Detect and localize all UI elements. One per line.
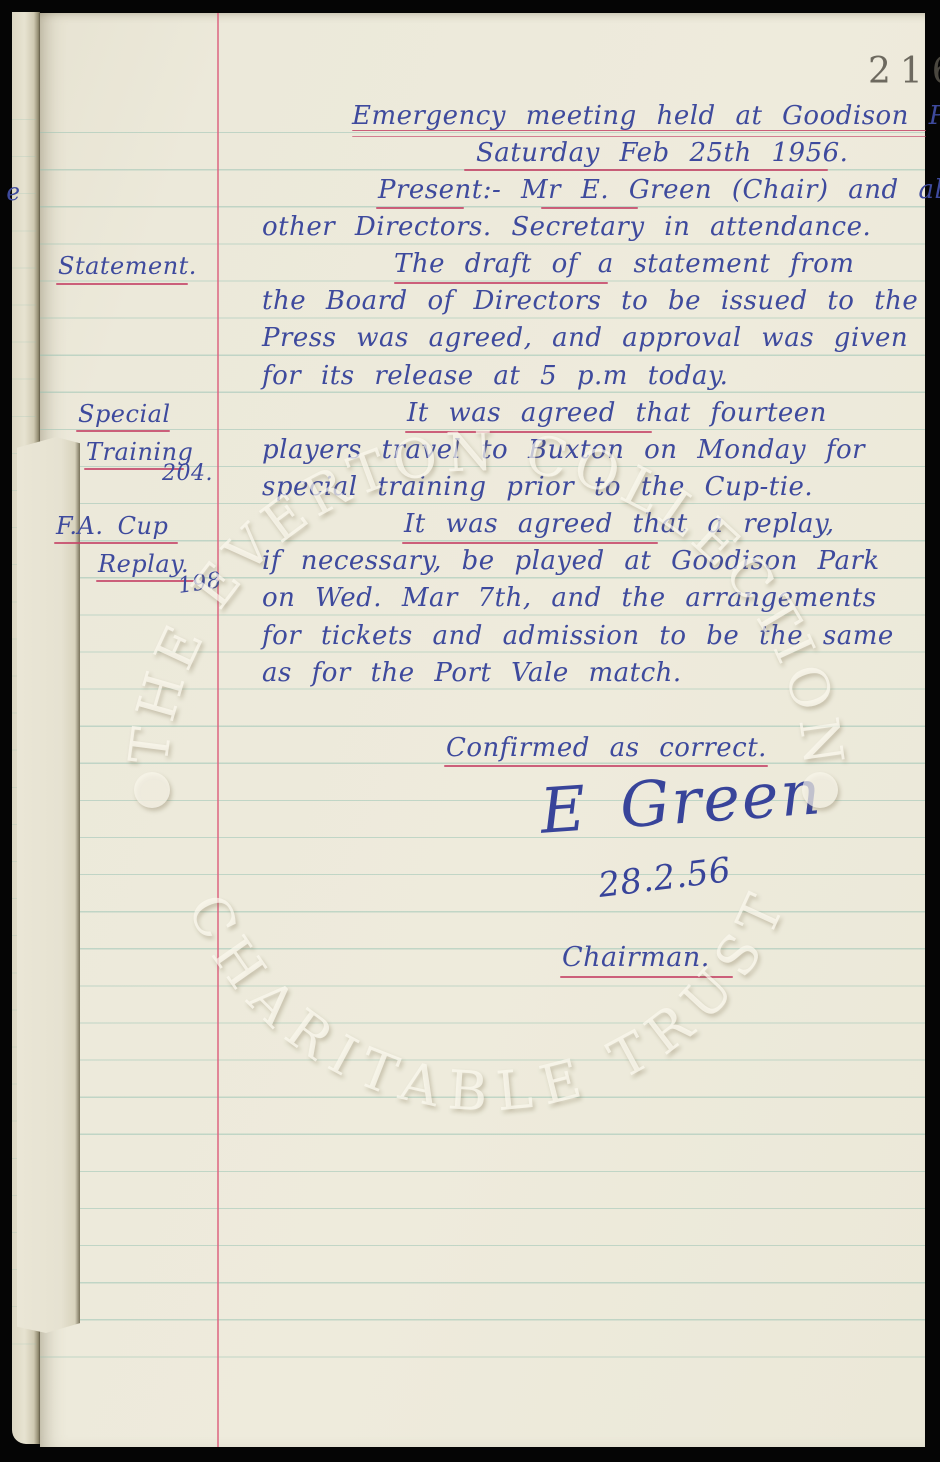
red-underline <box>405 431 652 433</box>
margin-note: Statement. <box>58 252 197 280</box>
heading-line-4: other Directors. Secretary in attendance… <box>262 212 871 242</box>
red-underline <box>560 976 733 978</box>
red-underline <box>376 207 464 209</box>
inserted-card-edge <box>17 437 80 1333</box>
minute-line: if necessary, be played at Goodison Park <box>262 546 880 576</box>
minute-book-scan: e 216 Emergency meeting held at Goodison… <box>0 0 940 1462</box>
heading-line-1: Emergency meeting held at Goodison Park. <box>352 101 940 131</box>
minute-line: It was agreed that fourteen <box>407 398 827 428</box>
minute-line: for its release at 5 p.m today. <box>262 361 728 391</box>
minute-line: for tickets and admission to be the same <box>262 621 894 651</box>
margin-note: F.A. Cup <box>56 512 168 540</box>
margin-rule-line <box>217 13 219 1447</box>
red-underline <box>54 542 178 544</box>
margin-note: Special <box>78 400 171 428</box>
heading-line-3: Present:- Mr E. Green (Chair) and all <box>378 175 940 205</box>
confirmation-line: Confirmed as correct. <box>446 733 767 763</box>
minute-line: The draft of a statement from <box>394 249 854 279</box>
minute-line: Press was agreed, and approval was given <box>262 323 908 353</box>
minute-line: the Board of Directors to be issued to t… <box>262 286 918 316</box>
red-underline <box>394 282 608 284</box>
red-underline <box>402 542 658 544</box>
minute-line: players travel to Buxton on Monday for <box>262 435 865 465</box>
page-number-stamp: 216 <box>868 51 940 92</box>
red-underline <box>352 130 926 137</box>
edge-ink-fragment: e <box>5 177 22 206</box>
minute-line: It was agreed that a replay, <box>404 509 835 539</box>
minute-line: on Wed. Mar 7th, and the arrangements <box>262 583 877 613</box>
red-underline <box>541 207 638 209</box>
red-underline <box>56 283 188 285</box>
minute-line: special training prior to the Cup-tie. <box>262 472 813 502</box>
red-underline <box>464 169 828 171</box>
red-underline <box>76 430 170 432</box>
margin-reference: 204. <box>162 461 213 486</box>
chairman-title: Chairman. <box>562 942 710 973</box>
heading-line-2: Saturday Feb 25th 1956. <box>476 138 848 168</box>
minute-line: as for the Port Vale match. <box>262 658 682 688</box>
